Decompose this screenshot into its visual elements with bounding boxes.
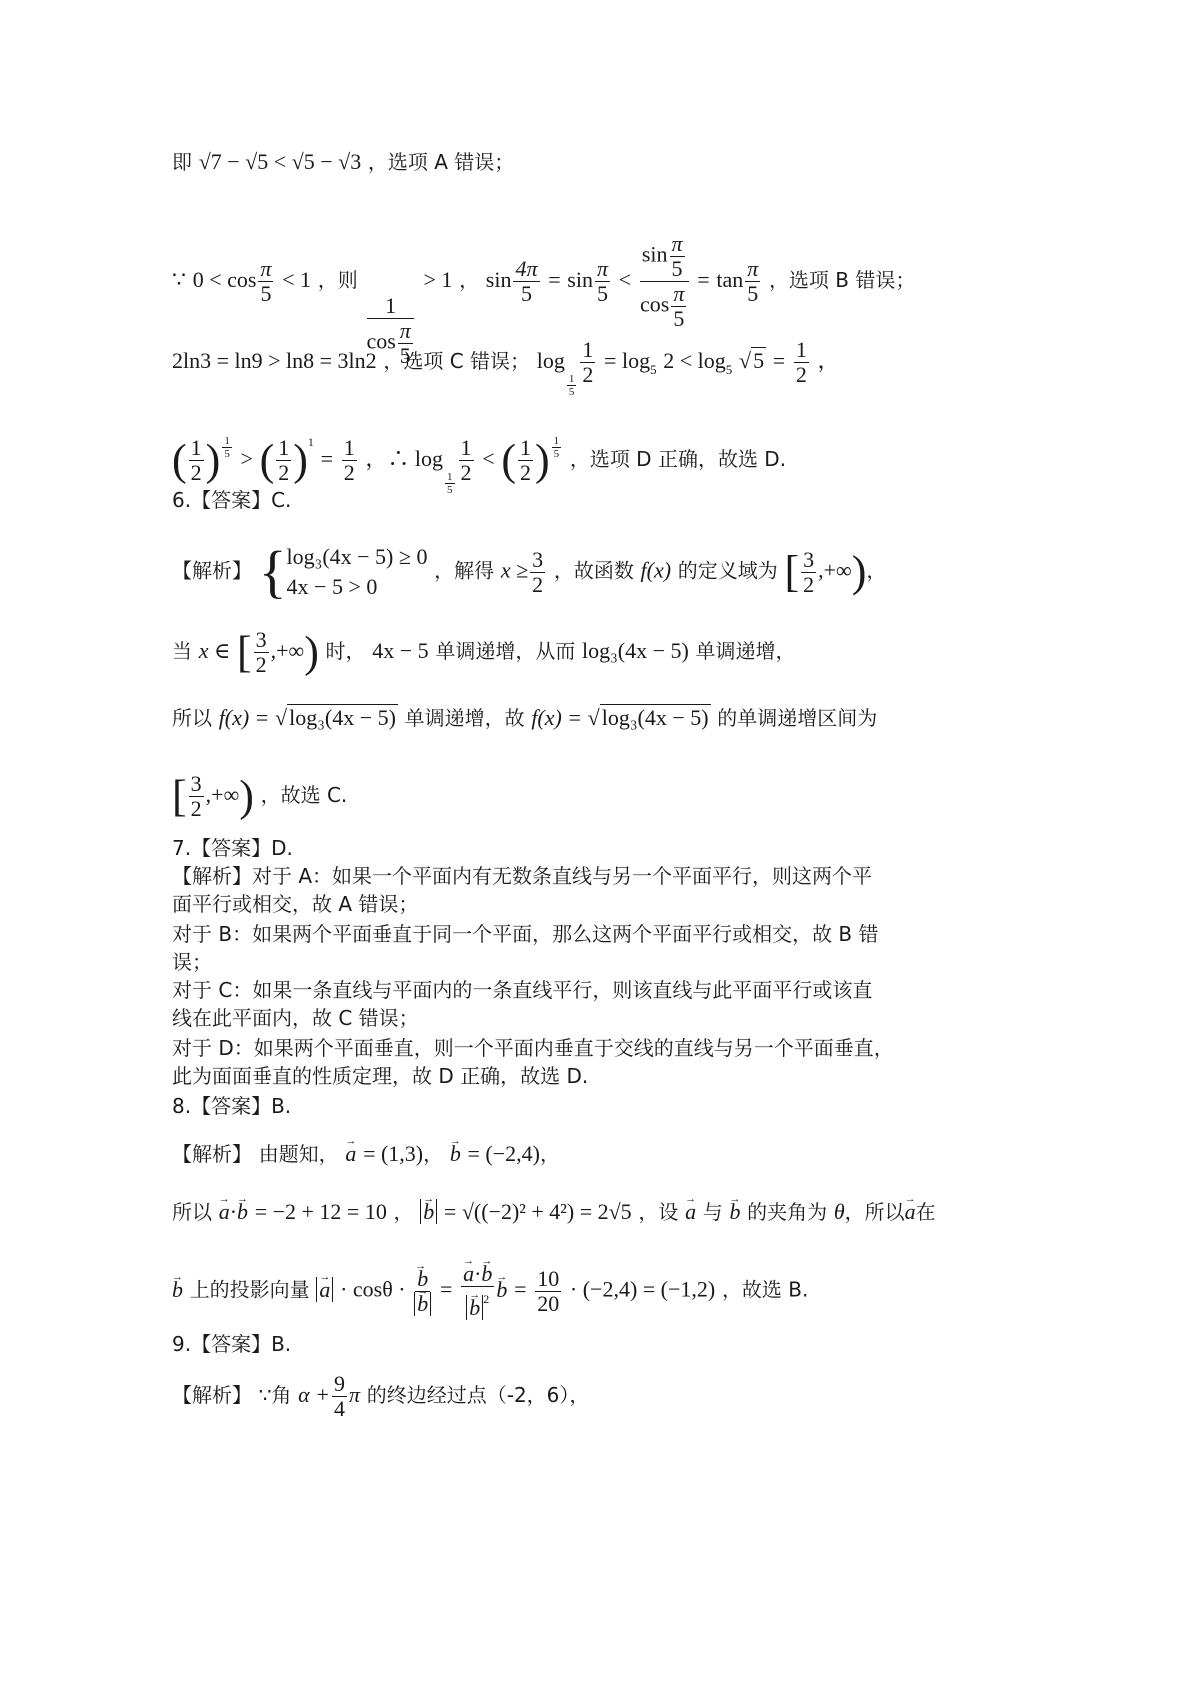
text: 所以 xyxy=(172,706,212,730)
den: 2 xyxy=(532,573,543,597)
num: 1 xyxy=(518,436,533,461)
q5-line-3: 2ln3 = ln9 > ln8 = 3ln2 ，选项 C 错误； log151… xyxy=(172,338,840,398)
tan: tan xyxy=(716,267,743,292)
text: 的单调递增区间为 xyxy=(717,706,877,730)
den: 5 xyxy=(597,282,608,306)
num: 1 xyxy=(189,436,204,461)
eq: = xyxy=(697,267,709,292)
math-expr: = log xyxy=(604,348,650,373)
num: 1 xyxy=(276,436,291,461)
fraction: 12 xyxy=(459,436,474,485)
math-expr: · (−2,4) = (−1,2) xyxy=(570,1277,715,1302)
text: ，所以 xyxy=(845,1200,905,1224)
num: 1 xyxy=(342,436,357,461)
num: 1 xyxy=(794,338,809,363)
vector-b: b xyxy=(481,1262,492,1286)
fraction: 12 xyxy=(342,436,357,485)
den: 4 xyxy=(334,1397,345,1421)
q7-line: 对于 B：如果两个平面垂直于同一个平面，那么这两个平面平行或相交，故 B 错 xyxy=(172,920,879,948)
text: 即 xyxy=(172,150,192,174)
q8-analysis-line-1: 【解析】 由题知， a = (1,3)， b = (−2,4)， xyxy=(172,1140,560,1168)
vector-b: b xyxy=(417,1292,428,1316)
text: ，解得 xyxy=(434,559,494,583)
eq: = xyxy=(569,705,581,730)
text: ，选项 D 正确，故选 D. xyxy=(570,447,786,471)
fraction: 12 xyxy=(580,338,595,387)
text: ，选项 B 错误； xyxy=(769,268,915,292)
math-expr: 2 < log xyxy=(663,348,726,373)
bracket: [ xyxy=(172,772,187,821)
den: 2 xyxy=(582,363,593,387)
math-expr: α + xyxy=(298,1382,330,1407)
q6-answer: 6.【答案】C. xyxy=(172,486,291,514)
q8-analysis-line-2: 所以 a·b = −2 + 12 = 10 ， b = √((−2)² + 4²… xyxy=(172,1198,936,1226)
text: ， xyxy=(818,348,840,373)
num: sinπ5 xyxy=(640,232,689,282)
num: 1 xyxy=(445,471,455,484)
num: π xyxy=(671,282,686,307)
q6-analysis-line-2: 当 x ∈ [32,+∞) 时， 4x − 5 单调递增，从而 log₃(4x … xyxy=(172,628,796,677)
case: log₃(4x − 5) ≥ 0 xyxy=(287,542,428,572)
fraction: 94 xyxy=(332,1372,347,1421)
fraction: 12 xyxy=(518,436,533,485)
q7-line: 线在此平面内，故 C 错误； xyxy=(172,1004,419,1032)
math-expr: x ∈ xyxy=(199,638,231,663)
vector-a: a xyxy=(345,1140,356,1168)
vector-b: b xyxy=(450,1140,461,1168)
q7-answer: 7.【答案】D. xyxy=(172,834,293,862)
den: b xyxy=(414,1292,431,1316)
num: 3 xyxy=(530,548,545,573)
num: 1 xyxy=(459,436,474,461)
den: cosπ5 xyxy=(640,282,688,331)
paren: ) xyxy=(293,436,308,485)
eq: = xyxy=(548,267,560,292)
paren: ( xyxy=(260,436,275,485)
text: ，故选 C. xyxy=(261,783,348,807)
fraction: bb xyxy=(414,1267,431,1316)
fraction: π5 xyxy=(670,232,685,281)
text: 当 xyxy=(172,639,192,663)
radicand: log₃(4x − 5) xyxy=(287,704,398,730)
eq: = xyxy=(773,348,785,373)
math-expr: 0 < cos xyxy=(193,267,257,292)
den: b2 xyxy=(466,1287,489,1320)
num: π xyxy=(670,232,685,257)
vector-a: a xyxy=(219,1198,230,1226)
den: 5 xyxy=(224,448,230,460)
den: 5 xyxy=(260,282,271,306)
num: 3 xyxy=(189,772,204,797)
q7-line: 【解析】对于 A：如果一个平面内有无数条直线与另一个平面平行，则这两个平 xyxy=(172,862,872,890)
math-expr: 4x − 5 xyxy=(372,638,428,663)
den: 2 xyxy=(344,461,355,485)
den: 5 xyxy=(554,448,560,460)
vector-b: b xyxy=(237,1198,248,1226)
q9-answer: 9.【答案】B. xyxy=(172,1330,291,1358)
text: ，故选 B. xyxy=(722,1278,808,1302)
q9-analysis-line-1: 【解析】 ∵角 α +94π 的终边经过点（-2，6）， xyxy=(172,1372,589,1421)
q7-line: 对于 C：如果一条直线与平面内的一条直线平行，则该直线与此平面平行或该直 xyxy=(172,976,872,1004)
math-expr: √7 − √5 < √5 − √3 xyxy=(199,149,362,174)
den: 2 xyxy=(191,797,202,821)
vector-b: b xyxy=(729,1198,740,1226)
radicand: log₃(4x − 5) xyxy=(600,704,711,730)
analysis-label: 【解析】 xyxy=(172,1142,252,1166)
lt: < xyxy=(482,446,494,471)
sqrt: log₃(4x − 5) xyxy=(275,704,398,730)
subscript: 5 xyxy=(726,362,733,377)
q7-line: 面平行或相交，故 A 错误； xyxy=(172,890,418,918)
pi: π xyxy=(349,1382,360,1407)
fraction: a·bb2 xyxy=(461,1262,494,1320)
num: 3 xyxy=(801,548,816,573)
cos: cos xyxy=(640,292,669,317)
interval: ,+∞ xyxy=(271,638,305,663)
subscript: 5 xyxy=(650,362,657,377)
num: 9 xyxy=(332,1372,347,1397)
vector-b: b xyxy=(172,1276,183,1304)
q6-analysis-line-4: [32,+∞) ，故选 C. xyxy=(172,772,347,821)
num: 1 xyxy=(367,294,414,319)
den: 2 xyxy=(278,461,289,485)
math-expr: x ≥ xyxy=(501,558,528,583)
system-of-inequalities: log₃(4x − 5) ≥ 04x − 5 > 0 xyxy=(287,542,428,602)
text: ∵角 xyxy=(259,1383,292,1407)
sin: sin xyxy=(642,242,668,267)
text: ， xyxy=(866,559,886,583)
fraction: 1020 xyxy=(535,1267,561,1316)
interval: ,+∞ xyxy=(818,558,852,583)
den: 5 xyxy=(747,282,758,306)
brace: { xyxy=(259,539,287,604)
text: ， xyxy=(459,268,479,292)
den: 2 xyxy=(191,461,202,485)
interval: ,+∞ xyxy=(206,782,240,807)
fraction: 4π5 xyxy=(513,257,539,306)
fraction: sinπ5 cosπ5 xyxy=(640,232,689,331)
q6-analysis-line-3: 所以 f(x) = log₃(4x − 5) 单调递增，故 f(x) = log… xyxy=(172,704,877,732)
fraction: 12 xyxy=(794,338,809,387)
fraction: 12 xyxy=(276,436,291,485)
dot: · xyxy=(230,1199,237,1224)
vector-b: b xyxy=(496,1276,507,1304)
math-expr: = √((−2)² + 4²) = 2√5 xyxy=(444,1199,632,1224)
log-base: 15 xyxy=(567,373,577,398)
analysis-label: 【解析】 xyxy=(172,559,252,583)
text: ，设 xyxy=(638,1200,678,1224)
text: 时， xyxy=(326,639,366,663)
function: f(x) xyxy=(641,558,672,583)
math-expr: 2ln3 = ln9 > ln8 = 3ln2 xyxy=(172,348,377,373)
fraction: π5 xyxy=(671,282,686,331)
q6-analysis-line-1: 【解析】 {log₃(4x − 5) ≥ 04x − 5 > 0 ，解得 x ≥… xyxy=(172,542,886,602)
exponent: 15 xyxy=(552,435,562,460)
paren: ) xyxy=(239,772,254,821)
num: 1 xyxy=(222,435,232,448)
eq: = xyxy=(321,446,333,471)
sin: sin xyxy=(567,267,593,292)
math-expr: log₃(4x − 5) xyxy=(582,638,689,663)
bracket: [ xyxy=(784,547,799,596)
math-expr: > 1 xyxy=(423,267,452,292)
text: ，选项 C 错误； xyxy=(383,349,530,373)
text: ， xyxy=(540,1142,560,1166)
document-page: 即 √7 − √5 < √5 − √3 ，选项 A 错误； ∵ 0 < cosπ… xyxy=(0,0,1200,1697)
function: f(x) xyxy=(219,705,250,730)
exponent: 2 xyxy=(483,1292,489,1306)
num: π xyxy=(258,257,273,282)
paren: ( xyxy=(501,436,516,485)
math-expr: < 1 xyxy=(282,267,311,292)
eq: = xyxy=(440,1277,452,1302)
den: 2 xyxy=(461,461,472,485)
eq: = xyxy=(256,705,268,730)
eq: = xyxy=(514,1277,526,1302)
paren: ( xyxy=(172,436,187,485)
paren: ) xyxy=(304,628,319,677)
fraction: 32 xyxy=(189,772,204,821)
q8-answer: 8.【答案】B. xyxy=(172,1092,291,1120)
paren: ) xyxy=(206,436,221,485)
log-base: 15 xyxy=(445,471,455,496)
sqrt: log₃(4x − 5) xyxy=(588,704,711,730)
den: 2 xyxy=(803,573,814,597)
norm: a xyxy=(316,1277,333,1302)
text: 的定义域为 xyxy=(678,559,778,583)
bracket: [ xyxy=(237,628,252,677)
num: π xyxy=(745,257,760,282)
fraction: π5 xyxy=(258,257,273,306)
because-symbol: ∵ xyxy=(172,267,186,292)
den: 2 xyxy=(796,363,807,387)
math-expr: = (−2,4) xyxy=(468,1141,540,1166)
sin: sin xyxy=(486,267,512,292)
den: 5 xyxy=(569,386,575,398)
math-expr: = −2 + 12 = 10 xyxy=(255,1199,387,1224)
num: 1 xyxy=(552,435,562,448)
radicand: 5 xyxy=(751,347,766,373)
text: 的终边经过点（-2，6）， xyxy=(367,1383,590,1407)
vector-a: a xyxy=(905,1198,916,1226)
text: 单调递增， xyxy=(696,639,796,663)
q5-line-1: 即 √7 − √5 < √5 − √3 ，选项 A 错误； xyxy=(172,148,514,176)
fraction: 32 xyxy=(530,548,545,597)
den: 5 xyxy=(521,282,532,306)
paren: ) xyxy=(535,436,550,485)
text: ， xyxy=(394,1200,414,1224)
norm: b xyxy=(420,1199,437,1224)
vector-b: b xyxy=(469,1296,480,1320)
num: 4π xyxy=(513,257,539,282)
q8-analysis-line-3: b 上的投影向量 a · cosθ · bb = a·bb2b = 1020 ·… xyxy=(172,1262,808,1320)
text: ，故函数 xyxy=(554,559,634,583)
exponent: 15 xyxy=(222,435,232,460)
num: 1 xyxy=(580,338,595,363)
log: log xyxy=(537,348,565,373)
text: ， xyxy=(423,1142,443,1166)
num: 1 xyxy=(567,373,577,386)
vector-a: a xyxy=(319,1276,330,1304)
fraction: 32 xyxy=(254,628,269,677)
text: 单调递增，从而 xyxy=(435,639,575,663)
den: 5 xyxy=(447,484,453,496)
num: 10 xyxy=(535,1267,561,1292)
den: 5 xyxy=(672,257,683,281)
num: 3 xyxy=(254,628,269,653)
num: π xyxy=(595,257,610,282)
math-expr: · cosθ · xyxy=(340,1277,406,1302)
text: 在 xyxy=(916,1200,936,1224)
fraction: π5 xyxy=(745,257,760,306)
text: 所以 xyxy=(172,1200,212,1224)
vector-a: a xyxy=(685,1198,696,1226)
theta: θ xyxy=(834,1199,845,1224)
text: 与 xyxy=(703,1200,723,1224)
paren: ) xyxy=(852,547,867,596)
gt: > xyxy=(241,446,253,471)
den: 2 xyxy=(256,653,267,677)
case: 4x − 5 > 0 xyxy=(287,572,428,602)
function: f(x) xyxy=(531,705,562,730)
q7-line: 对于 D：如果两个平面垂直，则一个平面内垂直于交线的直线与另一个平面垂直， xyxy=(172,1034,894,1062)
den: 20 xyxy=(537,1292,559,1316)
text: 上的投影向量 xyxy=(190,1278,310,1302)
math-expr: = (1,3) xyxy=(363,1141,423,1166)
exponent: 1 xyxy=(308,435,314,449)
analysis-label: 【解析】 xyxy=(172,1383,252,1407)
q7-line: 误； xyxy=(172,948,212,976)
text: 单调递增，故 xyxy=(405,706,525,730)
text: ，选项 A 错误； xyxy=(368,150,514,174)
therefore-log: ，∴ log xyxy=(365,446,443,471)
text: 的夹角为 xyxy=(747,1200,827,1224)
fraction: 12 xyxy=(189,436,204,485)
fraction: π5 xyxy=(595,257,610,306)
den: 2 xyxy=(520,461,531,485)
lt: < xyxy=(619,267,631,292)
sqrt: 5 xyxy=(739,347,766,373)
den: 5 xyxy=(673,307,684,331)
vector-b: b xyxy=(423,1198,434,1226)
text: ，则 xyxy=(318,268,358,292)
text: 由题知， xyxy=(259,1142,339,1166)
q7-line: 此为面面垂直的性质定理，故 D 正确，故选 D. xyxy=(172,1062,588,1090)
fraction: 32 xyxy=(801,548,816,597)
